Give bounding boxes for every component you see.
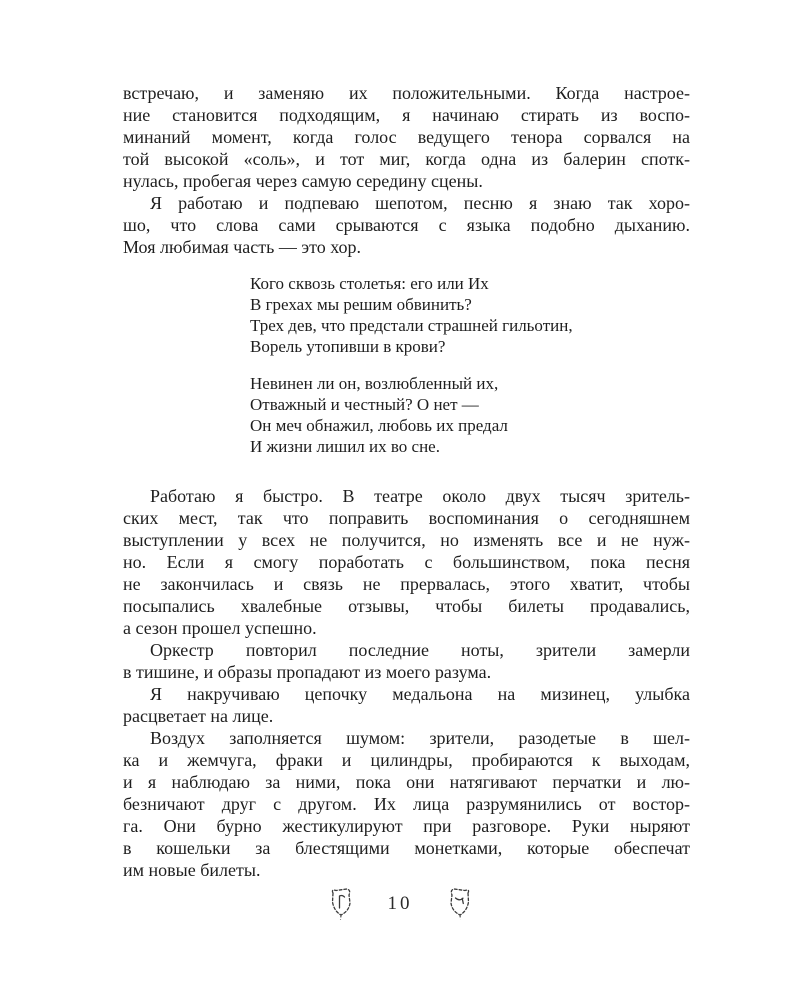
text-line: но. Если я смогу поработать с большинств…: [123, 551, 690, 573]
text-line: безничают друг с другом. Их лица разрумя…: [123, 793, 690, 815]
text-line: им новые билеты.: [123, 859, 690, 881]
page-number: 10: [388, 887, 413, 921]
paragraph: Я работаю и подпеваю шепотом, песню я зн…: [123, 192, 690, 258]
verse-stanza: Кого сквозь столетья: его или ИхВ грехах…: [250, 273, 690, 357]
text-line: В грехах мы решим обвинить?: [250, 294, 690, 315]
text-line: Он меч обнажил, любовь их предал: [250, 415, 690, 436]
paragraph: Я накручиваю цепочку медальона на мизине…: [123, 683, 690, 727]
text-line: Трех дев, что предстали страшней гильоти…: [250, 315, 690, 336]
text-line: Моя любимая часть — это хор.: [123, 236, 690, 258]
text-line: встречаю, и заменяю их положительными. К…: [123, 82, 690, 104]
text-line: шо, что слова сами срываются с языка под…: [123, 214, 690, 236]
text-line: Воздух заполняется шумом: зрители, разод…: [123, 727, 690, 749]
text-line: нулась, пробегая через самую середину сц…: [123, 170, 690, 192]
paragraph: встречаю, и заменяю их положительными. К…: [123, 82, 690, 192]
text-line: Кого сквозь столетья: его или Их: [250, 273, 690, 294]
text-line: Оркестр повторил последние ноты, зрители…: [123, 639, 690, 661]
text-line: в тишине, и образы пропадают из моего ра…: [123, 661, 690, 683]
text-line: Я накручиваю цепочку медальона на мизине…: [123, 683, 690, 705]
text-line: расцветает на лице.: [123, 705, 690, 727]
text-line: Невинен ли он, возлюбленный их,: [250, 373, 690, 394]
text-line: Я работаю и подпеваю шепотом, песню я зн…: [123, 192, 690, 214]
paragraph: Работаю я быстро. В театре около двух ты…: [123, 485, 690, 639]
text-line: И жизни лишил их во сне.: [250, 436, 690, 457]
text-line: минаний момент, когда голос ведущего тен…: [123, 126, 690, 148]
text-line: посыпались хвалебные отзывы, чтобы билет…: [123, 595, 690, 617]
text-line: ских мест, так что поправить воспоминани…: [123, 507, 690, 529]
text-line: и я наблюдаю за ними, пока они натягиваю…: [123, 771, 690, 793]
text-line: Работаю я быстро. В театре около двух ты…: [123, 485, 690, 507]
page-text: встречаю, и заменяю их положительными. К…: [123, 82, 690, 881]
text-line: ние становится подходящим, я начинаю сти…: [123, 104, 690, 126]
text-line: той высокой «соль», и тот миг, когда одн…: [123, 148, 690, 170]
text-line: в кошельки за блестящими монетками, кото…: [123, 837, 690, 859]
text-line: Ворель утопивши в крови?: [250, 336, 690, 357]
paragraph: Воздух заполняется шумом: зрители, разод…: [123, 727, 690, 881]
text-line: га. Они бурно жестикулируют при разговор…: [123, 815, 690, 837]
text-line: Отважный и честный? О нет —: [250, 394, 690, 415]
text-line: не закончилась и связь не прервалась, эт…: [123, 573, 690, 595]
text-line: а сезон прошел успешно.: [123, 617, 690, 639]
page-footer: 10: [0, 886, 800, 922]
paragraph: Оркестр повторил последние ноты, зрители…: [123, 639, 690, 683]
verse-stanza: Невинен ли он, возлюбленный их,Отважный …: [250, 373, 690, 457]
text-line: выступлении у всех не получится, но изме…: [123, 529, 690, 551]
sketch-face-ornament-left-icon: [328, 886, 354, 922]
sketch-face-ornament-right-icon: [447, 886, 473, 922]
text-line: ка и жемчуга, фраки и цилиндры, пробираю…: [123, 749, 690, 771]
